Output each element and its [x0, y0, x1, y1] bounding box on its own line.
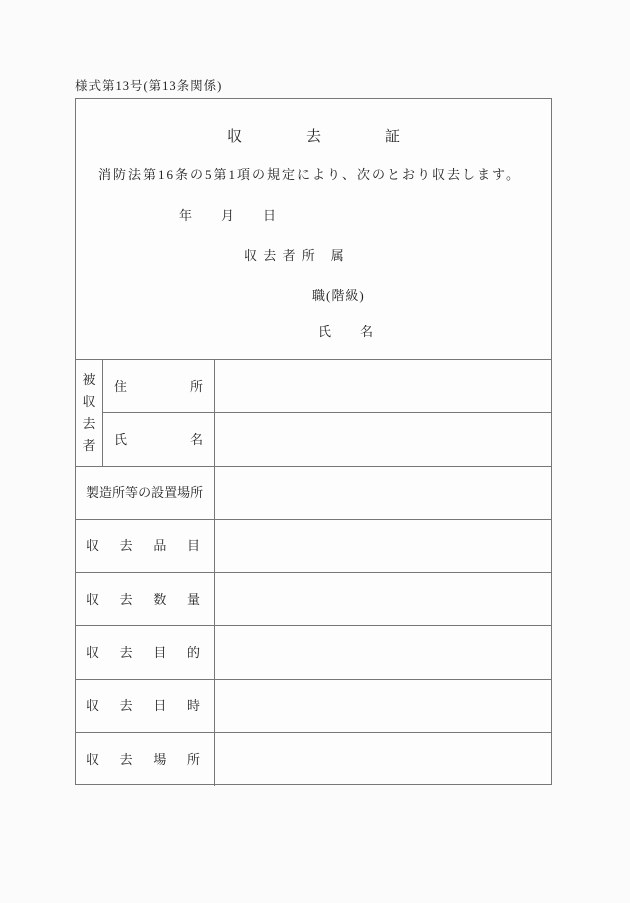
- document-page: 様式第13号(第13条関係) 収 去 証 消防法第16条の5第1項の規定により、…: [0, 0, 630, 903]
- value-collection-place: [214, 733, 551, 786]
- row-label-collected-items: 収去品目: [76, 520, 214, 573]
- value-address: [214, 360, 551, 413]
- collector-name-line: 氏 名: [318, 325, 374, 340]
- form-title-char: 証: [385, 130, 400, 145]
- form-title: 収 去 証: [76, 130, 551, 145]
- subject-vertical-header: 被収去者: [76, 360, 103, 467]
- value-collected-quantity: [214, 573, 551, 626]
- form-title-char: 去: [306, 130, 321, 145]
- form-number-label: 様式第13号(第13条関係): [75, 76, 222, 94]
- value-collection-datetime: [214, 680, 551, 733]
- row-label-collection-place: 収去場所: [76, 733, 214, 786]
- value-collection-purpose: [214, 626, 551, 679]
- value-name: [214, 413, 551, 466]
- form-title-char: 収: [227, 130, 242, 145]
- row-label-name: 氏名: [103, 413, 214, 466]
- row-label-collection-datetime: 収去日時: [76, 680, 214, 733]
- subject-table: 被収去者 住所 氏名 製造所等の設置場所 収去品目 収去数量 収去目的 収去日時…: [76, 359, 551, 786]
- legal-basis-text: 消防法第16条の5第1項の規定により、次のとおり収去します。: [98, 168, 521, 183]
- row-label-collected-quantity: 収去数量: [76, 573, 214, 626]
- date-line: 年 月 日: [179, 209, 277, 224]
- certificate-header-section: 収 去 証 消防法第16条の5第1項の規定により、次のとおり収去します。 年 月…: [76, 99, 551, 359]
- value-facility-location: [214, 467, 551, 520]
- collector-rank-line: 職(階級): [312, 289, 365, 304]
- certificate-box: 収 去 証 消防法第16条の5第1項の規定により、次のとおり収去します。 年 月…: [75, 98, 552, 785]
- collector-affiliation-line: 収 去 者 所 属: [244, 249, 345, 264]
- value-collected-items: [214, 520, 551, 573]
- row-label-address: 住所: [103, 360, 214, 413]
- row-label-collection-purpose: 収去目的: [76, 626, 214, 679]
- row-label-facility-location: 製造所等の設置場所: [76, 467, 214, 520]
